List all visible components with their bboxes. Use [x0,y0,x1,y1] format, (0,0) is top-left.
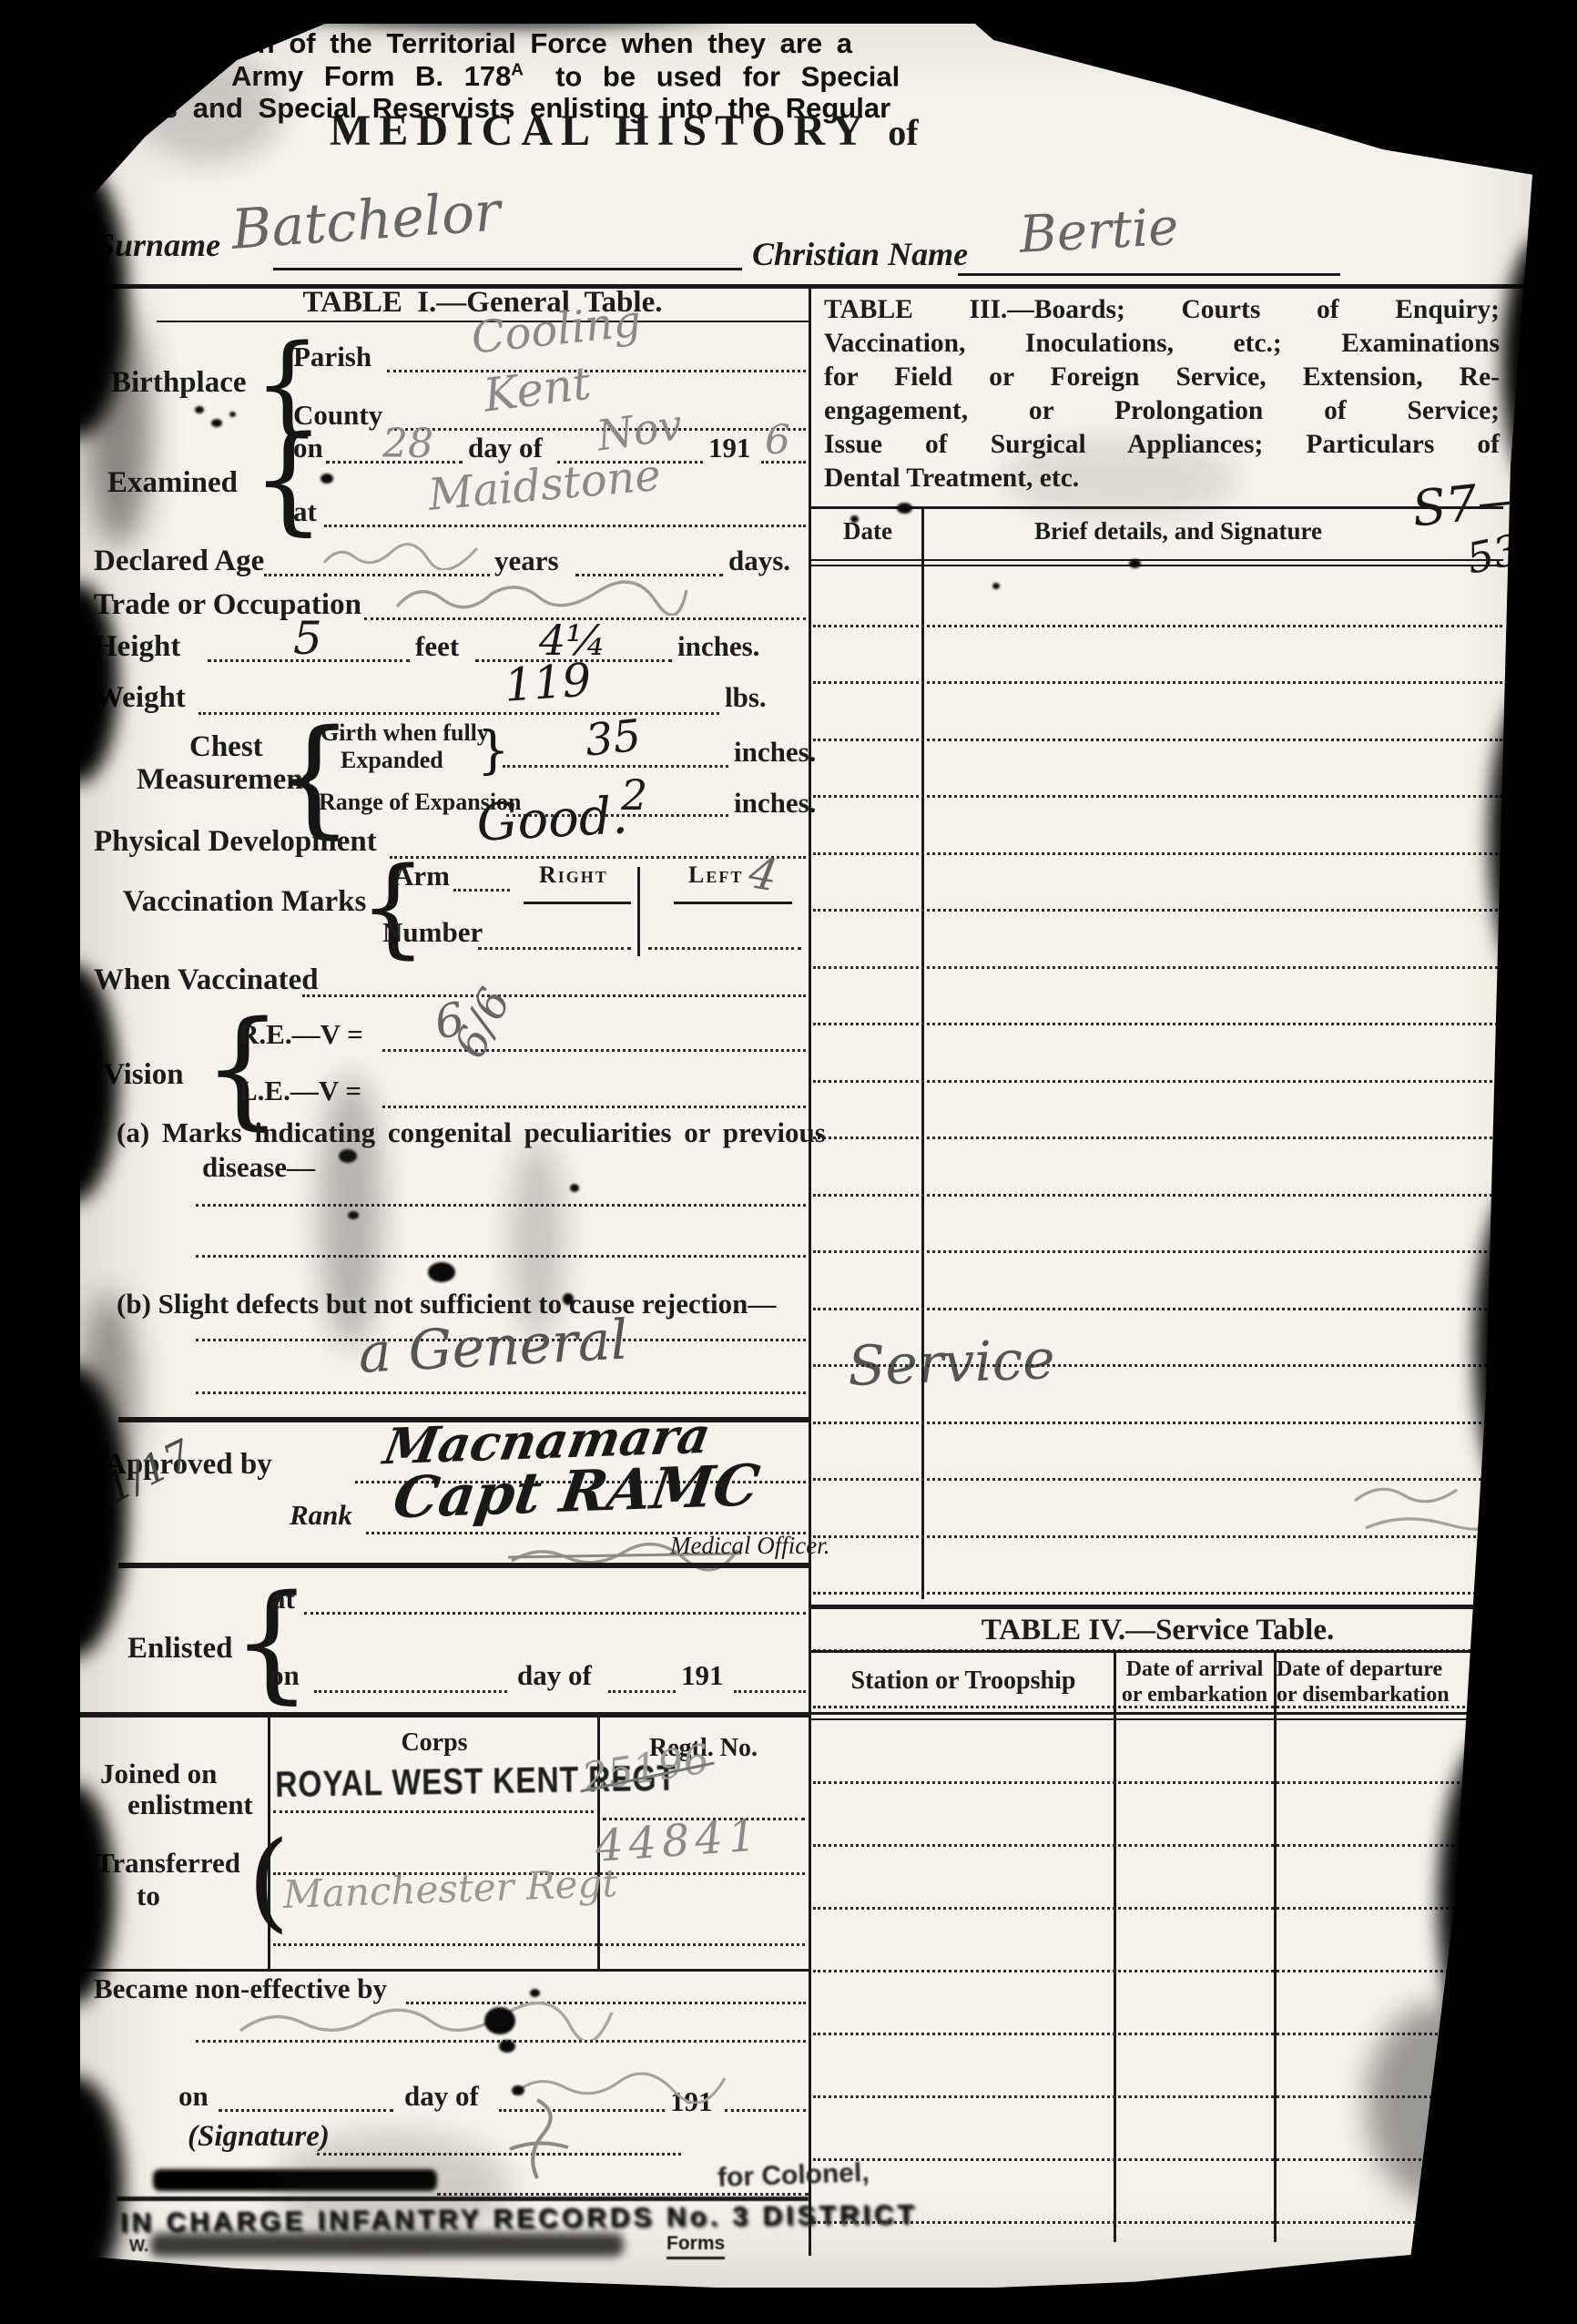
table3-empty-row [813,1424,1502,1482]
joined-label-2: enlistment [127,1789,253,1821]
number-line-right [478,947,631,950]
christian-underline [958,273,1340,276]
ink-blot [211,419,222,427]
physical-development-line [390,856,806,859]
medical-officer-label: Medical Officer. [670,1532,829,1560]
ink-blot [484,2007,515,2034]
declared-age-years-label: years [494,545,559,577]
table3-underrule-a [811,559,1503,561]
table3-empty-row [813,570,1502,627]
torn-edge-blob [1490,692,1572,984]
ink-blot [992,583,1000,589]
examined-day-value: 28 [382,421,433,467]
transferred-label-1: Transferred [96,1847,240,1880]
table3-empty-row [813,1197,1502,1254]
table3-heading-line: engagement, or Prolongation of Service; [824,394,1500,428]
girth-label-1: Girth when fully [320,719,489,747]
table3-heading-line: for Field or Foreign Service, Extension,… [824,361,1500,394]
paper-smudge [319,1075,382,1348]
ink-blot [1129,559,1141,568]
enlisted-month-line [608,1690,676,1693]
table3-empty-row [813,1538,1502,1595]
defects-b-dotline2 [196,1391,806,1394]
approved-bottom-rule [118,1563,810,1568]
marks-a-dotline2 [196,1255,806,1258]
illegible-pencil-age [320,539,484,570]
ink-blot [563,1293,574,1305]
declared-age-line1 [264,574,490,576]
number-label: Number [382,916,483,949]
illegible-pencil-trade [392,577,692,616]
table3-date-header: Date [813,517,922,545]
table4-col2-header-a: Date of arrival [1116,1657,1273,1682]
imprint-forms: Forms [666,2233,725,2259]
bottom-year-line [725,2109,806,2112]
table4-heading: TABLE IV.—Service Table. [813,1614,1502,1647]
parish-label: Parish [293,341,371,373]
when-vaccinated-label: When Vaccinated [94,963,319,997]
examined-year-value: 6 [765,417,790,464]
table4-underrule-a [811,1712,1503,1715]
examined-at-line [324,525,806,527]
height-inches-label: inches. [677,630,759,663]
vision-re-line [382,1049,806,1052]
joined-label-1: Joined on [100,1758,217,1790]
examined-on-label: on [293,432,323,464]
table3-details-header: Brief details, and Signature [923,517,1433,545]
bottom-on-line [219,2109,393,2112]
marks-a-line1: (a) Marks indicating congenital peculiar… [117,1116,826,1149]
physical-development-value: Good. [475,786,629,853]
left-underline [674,902,792,904]
torn-edge-blob [33,1785,115,2003]
weight-lbs-label: lbs. [725,681,767,714]
table3-empty-row [813,1367,1502,1424]
torn-edge-blob [1439,1730,1557,2076]
girth-value: 35 [583,710,644,767]
physical-development-label: Physical Development [94,825,377,859]
table4-underrule-b [811,1718,1503,1720]
marks-a-line2: disease— [202,1151,315,1184]
table4-col3-header-b: or disembarkation [1277,1683,1440,1707]
christian-handwritten: Bertie [1018,198,1180,265]
scanned-medical-history-form: men of the Territorial Force when they a… [0,0,1577,2324]
rank-value: Capt RAMC [390,1452,764,1531]
bottom-dayof-label: day of [404,2080,479,2113]
girth-close-brace: } [477,721,510,780]
transferred-label-2: to [137,1880,160,1912]
ink-blot [512,2085,524,2095]
enlisted-label: Enlisted [127,1632,233,1666]
defects-b-line: (b) Slight defects but not sufficient to… [117,1288,776,1320]
when-vaccinated-line [302,994,806,997]
table4-col1-header: Station or Troopship [813,1667,1114,1696]
enlisted-on-line [314,1690,507,1693]
corps-header: Corps [270,1728,598,1758]
right-left-divider [637,867,640,956]
table4-heading-rule [811,1650,1503,1653]
declared-age-line2 [575,574,723,576]
table3-empty-row [813,1139,1502,1197]
paper-smudge [1002,437,1238,519]
height-feet-value: 5 [293,612,322,665]
enlisted-year-printed: 191 [681,1659,724,1692]
torn-edge-blob [36,583,118,783]
joined-dotline3 [273,1943,805,1946]
joined-dotline1 [273,1810,594,1813]
table4-empty-row [813,1910,1502,1972]
vision-le-line [382,1106,806,1108]
page-title: MEDICAL HISTORY of [330,106,919,156]
enlisted-year-line [734,1690,806,1693]
right-underline [524,902,631,904]
table4-empty-row [813,1721,1502,1784]
arm-label: Arm [393,860,450,892]
joined-table-top-rule [80,1712,810,1718]
examined-at-label: at [293,495,317,528]
table3-empty-row [813,969,1502,1026]
left-label: Left [688,861,743,889]
ink-blot [530,1989,540,1997]
girth-inches-label: inches. [734,736,816,769]
ink-blot [229,412,236,417]
header-line-territorial: men of the Territorial Force when they a… [217,27,852,60]
paper-smudge [273,2131,510,2240]
header-frag-special: to be used for Special [555,60,900,92]
table3-heading-line: TABLE III.—Boards; Courts of Enquiry; [824,293,1500,327]
ink-blot [499,2040,515,2053]
table4-empty-row [813,1784,1502,1847]
vaccination-label: Vaccination Marks [123,885,366,919]
table3-empty-row [813,1025,1502,1083]
examined-year-printed: 191 [708,432,751,464]
torn-edge-blob [1502,237,1577,492]
girth-label-2: Expanded [341,747,443,774]
bottom-on-label: on [178,2080,209,2113]
marks-a-dotline1 [196,1204,806,1207]
table3-underrule-b [811,565,1503,566]
range-inches-label: inches. [734,787,816,820]
table4-col3-header-a: Date of departure [1277,1657,1440,1682]
girth-line [503,765,728,768]
enlisted-at-label: at [271,1583,295,1616]
table4-empty-row [813,1847,1502,1910]
ink-blot [320,474,333,484]
column-divider [809,284,811,2256]
imprint-w: W. [129,2237,148,2256]
enlisted-on-label: on [270,1659,300,1692]
table3-empty-row [813,1310,1502,1368]
illegible-pencil-noneffective [235,2000,617,2040]
ink-blot [570,1184,579,1192]
height-feet-label: feet [415,630,459,663]
torn-edge-blob [18,1366,127,1657]
parish-line [387,370,806,372]
chest-label-1: Chest [189,730,263,764]
ink-blot [850,515,859,523]
declared-age-days-label: days. [728,545,790,577]
table3-heading-line: Vaccination, Inoculations, etc.; Examina… [824,327,1500,361]
table3-empty-row [813,1253,1502,1310]
enlisted-at-line [304,1612,806,1615]
table3-empty-row [813,627,1502,685]
torn-edge-blob [1475,1184,1566,1512]
arm-line [453,889,510,892]
table3-empty-row [813,912,1502,969]
weight-value: 119 [503,653,593,712]
examined-dayof-label: day of [468,432,543,464]
paper-smudge [510,1138,565,1339]
rank-label: Rank [290,1499,352,1532]
christian-name-label: Christian Name [752,235,968,273]
right-label: Right [539,861,608,889]
number-line-left [648,947,801,950]
ink-blot [897,503,912,514]
joined-table-bottom-rule [80,1969,810,1972]
table3-empty-row [813,855,1502,912]
vision-re-label: R.E.—V = [239,1018,363,1051]
declared-age-label: Declared Age [94,545,264,578]
torn-edge-blob [27,965,118,1202]
table3-empty-row [813,1083,1502,1140]
table3-empty-row [813,798,1502,855]
ink-blot [195,406,204,413]
ink-blot [428,1262,455,1282]
table3-empty-row [813,684,1502,741]
table3-empty-row [813,741,1502,799]
table4-col2-header-b: or embarkation [1116,1683,1273,1707]
enlisted-dayof-label: day of [517,1659,592,1692]
surname-underline [273,268,742,270]
table4-top-rule [811,1605,1503,1609]
